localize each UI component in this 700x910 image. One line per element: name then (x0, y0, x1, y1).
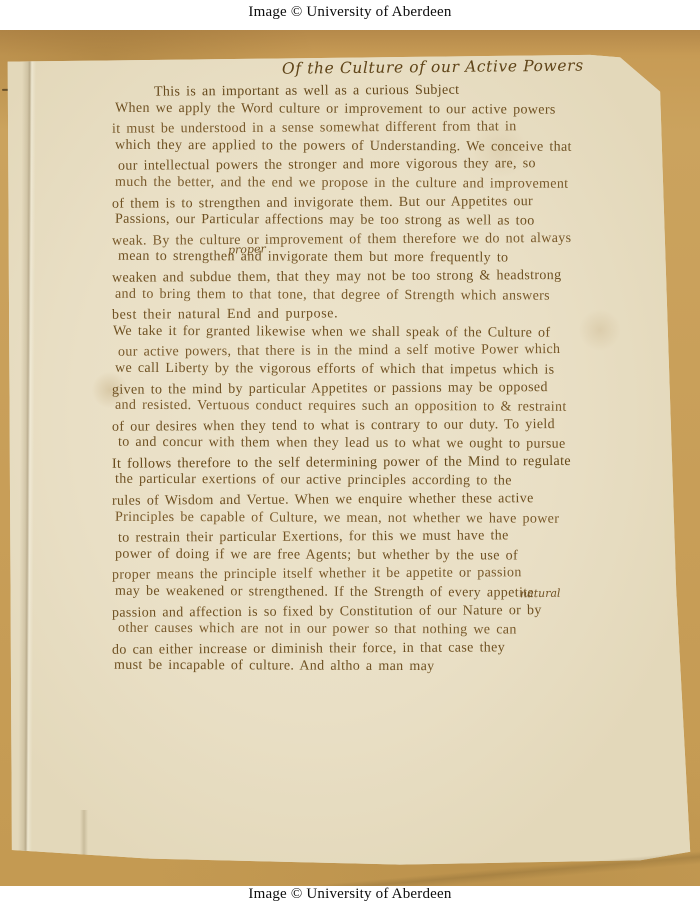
fold-crease-minor (80, 810, 88, 880)
bottom-copyright-caption: Image © University of Aberdeen (0, 886, 700, 903)
manuscript-line: may be weakened or strengthened. If the … (115, 583, 678, 604)
manuscript-line: must be incapable of culture. And altho … (114, 657, 678, 678)
manuscript-line: much the better, and the end we propose … (115, 174, 678, 195)
manuscript-text-block: This is an important as well as a curiou… (112, 82, 678, 677)
interlinear-insertion-natural: natural (520, 587, 561, 601)
manuscript-line: rules of Wisdom and Vertue. When we enqu… (112, 489, 678, 511)
top-copyright-caption: Image © University of Aberdeen (0, 4, 700, 21)
fold-crease (18, 60, 36, 860)
interlinear-insertion-proper: proper (228, 242, 266, 256)
scanned-manuscript-page: Image © University of Aberdeen Of the Cu… (0, 0, 700, 910)
manuscript-title: Of the Culture of our Active Powers (282, 56, 612, 77)
manuscript-line: we call Liberty by the vigorous efforts … (115, 360, 678, 381)
scan-background-mount: Of the Culture of our Active Powers This… (0, 30, 700, 886)
manuscript-line: This is an important as well as a curiou… (154, 80, 678, 102)
manuscript-line: and resisted. Vertuous conduct requires … (115, 397, 678, 418)
manuscript-line: best their natural End and purpose. (112, 303, 678, 325)
manuscript-line: weaken and subdue them, that they may no… (112, 266, 678, 288)
manuscript-leaf: Of the Culture of our Active Powers This… (0, 30, 700, 886)
